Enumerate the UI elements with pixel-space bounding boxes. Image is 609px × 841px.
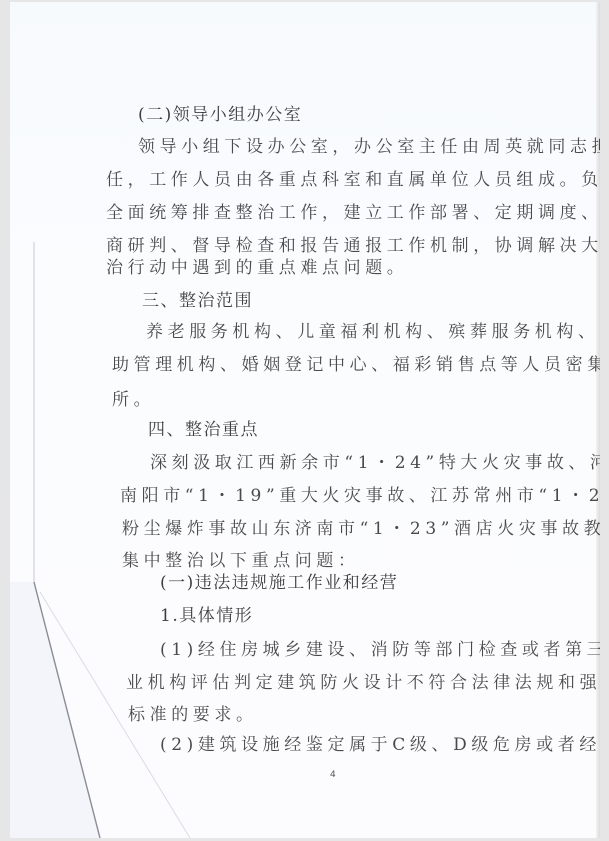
paper-texture: [10, 2, 600, 838]
paragraph-line: 商研判、督导检查和报告通报工作机制，协调解决大整: [106, 236, 600, 256]
paragraph-line: (1)经住房城乡建设、消防等部门检查或者第三方专: [160, 640, 600, 660]
page-number: 4: [330, 770, 336, 780]
paragraph-line: 助管理机构、婚姻登记中心、福彩销售点等人员密集场: [112, 355, 600, 375]
paragraph-line: 全面统筹排查整治工作，建立工作部署、定期调度、会: [106, 203, 600, 223]
paragraph-line: 治行动中遇到的重点难点问题。: [106, 258, 408, 278]
paragraph-line: 领导小组下设办公室，办公室主任由周英就同志担: [138, 137, 600, 157]
paragraph-line: 养老服务机构、儿童福利机构、殡葬服务机构、救: [146, 322, 600, 342]
section-heading: (一)违法违规施工作业和经营: [160, 573, 398, 593]
paragraph-line: 所。: [112, 390, 155, 410]
paragraph-line: (2)建筑设施经鉴定属于C级、D级危房或者经住房: [160, 735, 600, 755]
paragraph-line: 南阳市“1・19”重大火灾事故、江苏常州市“1・20”: [120, 486, 600, 506]
section-heading: 四、整治重点: [148, 420, 259, 440]
section-heading: 三、整治范围: [142, 291, 253, 311]
paragraph-line: 深刻汲取江西新余市“1・24”特大火灾事故、河南: [150, 453, 600, 473]
paragraph-line: 粉尘爆炸事故山东济南市“1・23”酒店火灾事故教训，: [122, 519, 600, 539]
page-right-edge: [596, 2, 600, 838]
paragraph-line: 业机构评估判定建筑防火设计不符合法律法规和强制性: [126, 673, 600, 693]
paragraph-line: 任，工作人员由各重点科室和直属单位人员组成。负责: [106, 170, 600, 190]
section-heading: 1.具体情形: [160, 606, 253, 626]
paragraph-line: 集中整治以下重点问题：: [122, 551, 360, 571]
section-heading: (二)领导小组办公室: [138, 105, 302, 125]
paragraph-line: 标准的要求。: [128, 705, 258, 725]
document-page: (二)领导小组办公室领导小组下设办公室，办公室主任由周英就同志担任，工作人员由各…: [10, 2, 600, 838]
